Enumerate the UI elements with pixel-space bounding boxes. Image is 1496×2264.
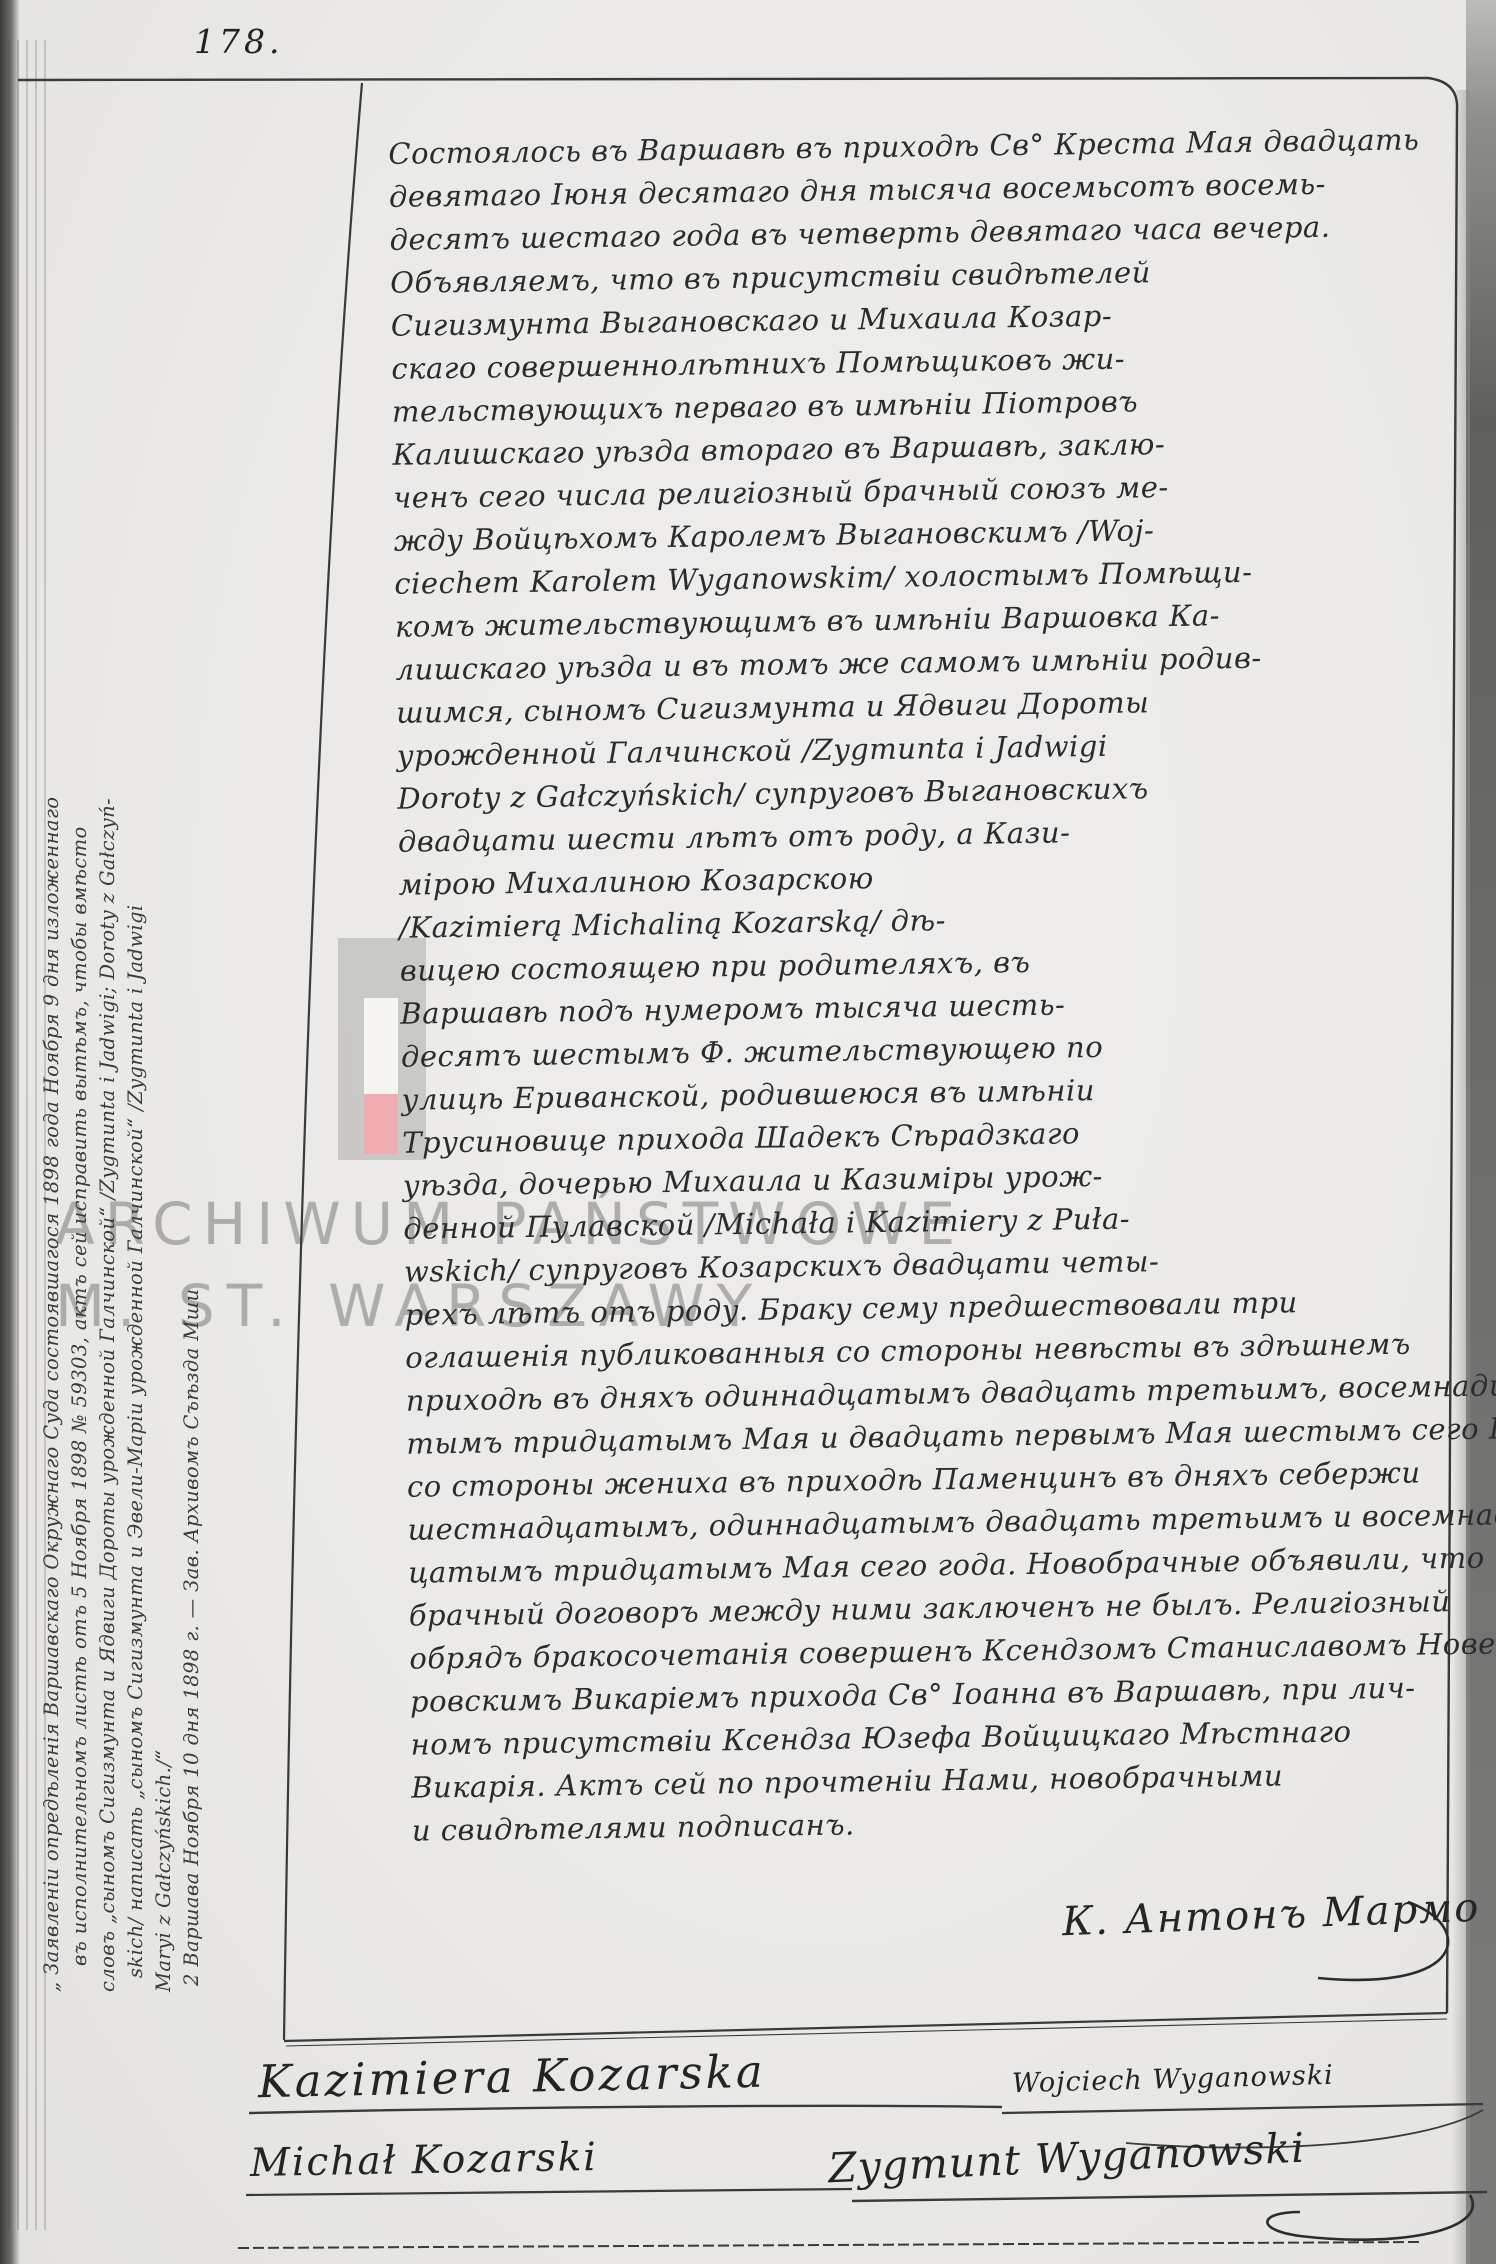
margin-note-line: 2 Варшава Ноября 10 дня 1898 г. — Зав. А… bbox=[178, 87, 206, 1992]
margin-note-line: Maryi z Gałczyńskich./“ bbox=[150, 87, 178, 1992]
margin-note-line: skich/ написать „сыномъ Сигизмунта и Эве… bbox=[122, 87, 150, 1992]
signature-kazimiera-kozarska: Kazimiera Kozarska bbox=[258, 2045, 767, 2109]
margin-note-line: „ Заявленіи опредѣленія Варшавскаго Окру… bbox=[38, 87, 66, 1992]
signature-michal-kozarski: Michał Kozarski bbox=[250, 2135, 599, 2186]
scanned-document-page: ARCHIWUM PAŃSTWOWE M. ST. WARSZAWY 178. … bbox=[0, 0, 1496, 2264]
margin-note-line: въ исполнительномъ листѣ отъ 5 Ноября 18… bbox=[66, 87, 94, 1992]
page-number: 178. bbox=[194, 22, 283, 61]
margin-annotation: „ Заявленіи опредѣленія Варшавскаго Окру… bbox=[38, 87, 236, 1992]
margin-note-line: словъ „сыномъ Сигизмунта и Ядвиги Дороты… bbox=[94, 87, 122, 1992]
record-body-text: Состоялось въ Варшавѣ въ приходѣ Св° Кре… bbox=[388, 118, 1474, 1853]
